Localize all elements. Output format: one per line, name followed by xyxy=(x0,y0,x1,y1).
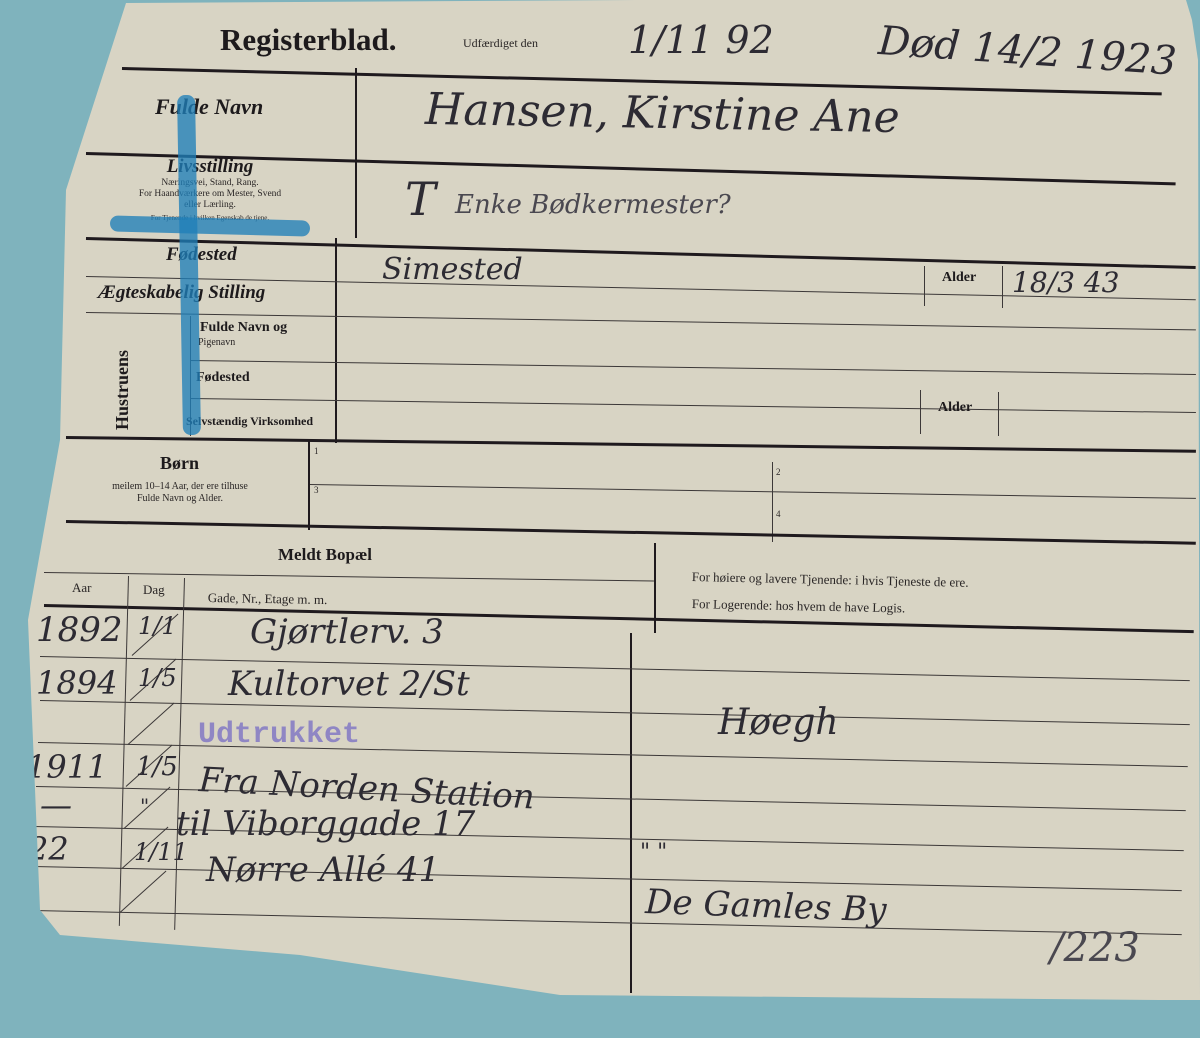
day-diag-3 xyxy=(128,703,175,745)
wife-name-label-1: Fulde Navn og xyxy=(200,320,287,336)
row-line-6 xyxy=(32,866,1182,891)
wife-section-label: Hustruens xyxy=(112,350,133,430)
age-value: 18/3 43 xyxy=(1012,266,1119,299)
reference-number: /223 xyxy=(1050,925,1140,971)
wife-business-label: Selvstændig Virksomhed xyxy=(186,414,313,429)
occupation-help-2: For Haandværkere om Mester, Svend xyxy=(90,189,330,200)
wife-name-label-2: Pigenavn xyxy=(198,337,235,348)
issued-date: 1/11 92 xyxy=(628,18,774,62)
children-help-1: meilem 10–14 Aar, der ere tilhuse xyxy=(70,481,290,493)
row-5-year: 22 xyxy=(28,830,69,868)
child-slot-1: 1 xyxy=(314,446,319,456)
register-card: Registerblad. Udfærdiget den 1/11 92 Død… xyxy=(0,0,1200,1038)
occupation-value: Enke Bødkermester? xyxy=(455,190,731,220)
child-slot-2: 2 xyxy=(776,467,781,477)
rule-7 xyxy=(190,398,1196,413)
ditto-marks: " " xyxy=(640,840,667,865)
row-5-host: De Gamles By xyxy=(645,882,888,930)
col-year-header: Aar xyxy=(72,580,92,596)
death-note: Død 14/2 1923 xyxy=(877,18,1178,85)
rule-label-col xyxy=(355,68,357,238)
row-line-1 xyxy=(40,656,1190,681)
children-help-2: Fulde Navn og Alder. xyxy=(70,493,290,505)
blue-cross-vertical xyxy=(177,95,201,435)
card-title: Registerblad. xyxy=(220,22,397,58)
row-1-year: 1892 xyxy=(36,610,123,650)
occupation-help-3: eller Lærling. xyxy=(90,200,330,211)
row-4-year: — xyxy=(40,786,72,824)
rule-9 xyxy=(310,484,1196,499)
age-label: Alder xyxy=(942,270,976,286)
occupation-prefix: T xyxy=(405,172,436,226)
issued-label: Udfærdiget den xyxy=(463,36,538,51)
children-help: meilem 10–14 Aar, der ere tilhuse Fulde … xyxy=(70,481,290,505)
row-2-year: 1894 xyxy=(36,664,117,702)
rule-6 xyxy=(190,360,1196,375)
right-header-1: For høiere og lavere Tjenende: i hvis Tj… xyxy=(692,569,969,591)
birthplace-label: Fødested xyxy=(166,244,237,266)
full-name-label: Fulde Navn xyxy=(155,94,263,120)
row-1-day: 1/1 xyxy=(138,612,177,640)
child-slot-4: 4 xyxy=(776,509,781,519)
rule-12 xyxy=(44,604,1194,633)
children-label: Børn xyxy=(160,453,199,474)
day-diag-7 xyxy=(120,871,167,913)
right-header-2: For Logerende: hos hvem de have Logis. xyxy=(692,596,906,616)
rule-label-col-2 xyxy=(335,238,337,443)
row-5-street: Nørre Allé 41 xyxy=(206,850,440,890)
full-name-value: Hansen, Kirstine Ane xyxy=(425,84,901,143)
col-day-header: Dag xyxy=(143,582,165,598)
row-4-street: til Viborggade 17 xyxy=(176,804,475,844)
rule-age-2 xyxy=(1002,266,1003,308)
rule-children-mid xyxy=(772,462,773,542)
wife-birthplace-label: Fødested xyxy=(196,370,250,386)
rule-age-1 xyxy=(924,266,925,306)
occupation-help-1: Næringsvei, Stand, Rang. xyxy=(90,178,330,189)
rule-11 xyxy=(44,572,654,582)
rule-wife-age-2 xyxy=(998,392,999,436)
rule-10 xyxy=(66,520,1196,545)
col-street-header: Gade, Nr., Etage m. m. xyxy=(208,590,328,608)
row-3-day: 1/5 xyxy=(136,752,178,782)
occupation-label-block: Livsstilling Næringsvei, Stand, Rang. Fo… xyxy=(90,156,330,225)
rule-wife-age-1 xyxy=(920,390,921,434)
row-2-host: Høegh xyxy=(718,702,839,743)
residence-section-label: Meldt Bopæl xyxy=(278,545,372,565)
row-1-street: Gjørtlerv. 3 xyxy=(250,612,444,652)
occupation-label: Livsstilling xyxy=(90,156,330,178)
row-4-day: " xyxy=(140,794,149,818)
wife-age-label: Alder xyxy=(938,400,972,416)
row-5-day: 1/11 xyxy=(134,838,188,866)
row-line-7 xyxy=(32,910,1182,935)
rule-3 xyxy=(86,237,1196,269)
rule-8 xyxy=(66,436,1196,453)
row-2-street: Kultorvet 2/St xyxy=(228,664,470,704)
udtrukket-stamp: Udtrukket xyxy=(198,718,360,752)
row-3-year: 1911 xyxy=(26,748,107,786)
rule-residence-divider-2 xyxy=(630,633,632,993)
child-slot-3: 3 xyxy=(314,485,319,495)
row-2-day: 1/5 xyxy=(138,664,177,692)
